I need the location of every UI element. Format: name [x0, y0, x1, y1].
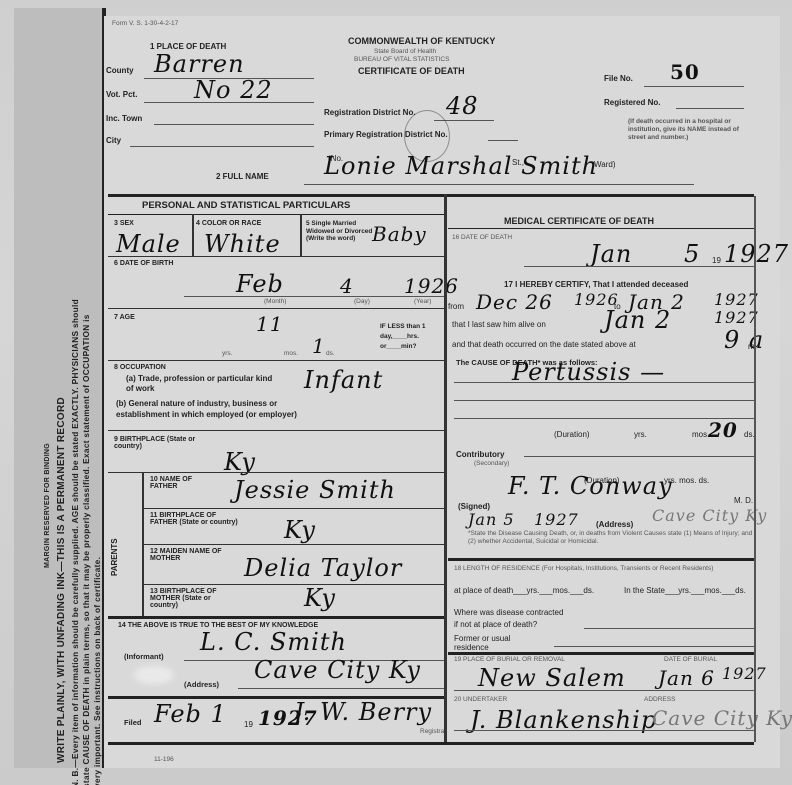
death-month: Jan — [590, 240, 632, 268]
personal-heading: PERSONAL AND STATISTICAL PARTICULARS — [142, 200, 350, 211]
md-label: M. D. — [734, 496, 753, 505]
last-saw-value: Jan 2 — [604, 306, 671, 334]
certify-text: 17 I HEREBY CERTIFY, That I attended dec… — [504, 280, 688, 289]
divider — [142, 584, 444, 585]
burial-place-value: New Salem — [478, 664, 626, 692]
divider — [192, 214, 194, 256]
mother-maiden-label: 12 MAIDEN NAME OF MOTHER — [150, 548, 230, 562]
signed-value: F. T. Conway — [508, 472, 673, 500]
personal-heading-rule — [108, 214, 444, 215]
burial-date-value: Jan 6 — [658, 666, 715, 690]
file-no-label: File No. — [604, 74, 633, 83]
race-value: White — [204, 230, 281, 258]
board-of-health: State Board of Health — [374, 48, 436, 55]
burial-date-label: DATE OF BURIAL — [664, 656, 717, 663]
dob-year-caption: (Year) — [414, 298, 431, 305]
age-days: 1 — [312, 334, 326, 358]
nb-instruction-line-1: N. B.—Every item of information should b… — [70, 299, 80, 785]
informant-address-label: (Address) — [184, 680, 219, 689]
divider — [108, 616, 444, 619]
informant-address-line — [238, 688, 444, 689]
mother-birthplace-label: 13 BIRTHPLACE OF MOTHER (State or countr… — [150, 588, 240, 609]
dob-line — [184, 296, 444, 297]
duration-label: (Duration) — [554, 430, 590, 439]
cause-line — [454, 400, 754, 401]
vot-pct-value: No 22 — [194, 76, 273, 104]
column-divider — [444, 194, 447, 742]
signed-address-label: (Address) — [596, 520, 633, 529]
divider — [300, 214, 302, 256]
residence-at-place: at place of death___yrs.___mos.___ds. — [454, 586, 614, 595]
divider — [448, 228, 754, 229]
file-no-value: 50 — [670, 60, 700, 84]
registration-district-label: Registration District No. — [324, 108, 416, 117]
last-saw-year: 1927 — [714, 308, 759, 327]
certificate-form: Form V. S. 1-30-4-2-17 COMMONWEALTH OF K… — [104, 16, 780, 768]
informant-address-value: Cave City Ky — [254, 656, 421, 684]
race-label: 4 COLOR OR RACE — [196, 220, 261, 227]
dob-label: 6 DATE OF BIRTH — [114, 260, 173, 267]
divider — [108, 430, 444, 431]
dob-day: 4 — [340, 274, 354, 298]
registrar-label: Registrar — [420, 728, 446, 735]
occupation-a-label: (a) Trade, profession or particular kind… — [126, 374, 276, 394]
death-date-line — [524, 266, 754, 267]
last-saw-label: that I last saw him alive on — [452, 320, 546, 329]
father-birthplace-value: Ky — [284, 516, 316, 544]
divider — [108, 742, 754, 745]
certificate-photo: MARGIN RESERVED FOR BINDING WRITE PLAINL… — [0, 0, 792, 785]
father-name-label: 10 NAME OF FATHER — [150, 476, 220, 490]
city-line — [130, 146, 314, 147]
signed-date: Jan 5 — [468, 510, 515, 529]
medical-heading: MEDICAL CERTIFICATE OF DEATH — [504, 216, 654, 226]
divider — [142, 544, 444, 545]
occurred-label: and that death occurred on the date stat… — [452, 340, 636, 349]
binding-margin: MARGIN RESERVED FOR BINDING WRITE PLAINL… — [14, 8, 106, 768]
nb-instruction-line-3: very important. See instructions on back… — [92, 557, 102, 785]
vot-pct-label: Vot. Pct. — [106, 90, 137, 99]
county-label: County — [106, 66, 134, 75]
if-less-label: IF LESS than 1 day,____hrs. or____min? — [380, 322, 442, 352]
filed-month-day: Feb 1 — [154, 700, 227, 728]
informant-label: (Informant) — [124, 652, 164, 661]
death-year: 1927 — [724, 240, 789, 268]
attended-to-year: 1927 — [714, 290, 759, 309]
residence-in-state: In the State___yrs.___mos.___ds. — [624, 586, 754, 595]
write-plainly-text: WRITE PLAINLY, WITH UNFADING INK—THIS IS… — [56, 397, 67, 763]
full-name-line — [304, 184, 694, 185]
nb-instruction-line-2: state CAUSE OF DEATH in plain terms, so … — [81, 314, 91, 785]
divider — [108, 472, 444, 473]
contributory-line — [524, 456, 754, 457]
signed-address-value: Cave City Ky — [652, 506, 767, 525]
parents-section-label: PARENTS — [110, 538, 119, 576]
divider — [448, 558, 754, 561]
cause-footnote: *State the Disease Causing Death, or, in… — [468, 530, 758, 546]
mother-maiden-value: Delia Taylor — [244, 554, 402, 582]
registrar-signature: J. W. Berry — [294, 698, 432, 726]
registration-district-value: 48 — [446, 92, 479, 120]
where-contracted-label: Where was disease contracted — [454, 608, 563, 617]
occupation-b-label: (b) General nature of industry, business… — [116, 398, 306, 420]
if-not-label: if not at place of death? — [454, 620, 537, 629]
margin-reserved-text: MARGIN RESERVED FOR BINDING — [44, 443, 51, 568]
dob-month-caption: (Month) — [264, 298, 286, 305]
dob-day-caption: (Day) — [354, 298, 370, 305]
residence-label: 18 LENGTH OF RESIDENCE (For Hospitals, I… — [454, 564, 750, 573]
occupation-value: Infant — [304, 366, 383, 394]
sex-label: 3 SEX — [114, 220, 134, 227]
county-value: Barren — [154, 50, 245, 78]
full-name-label: 2 FULL NAME — [216, 172, 269, 181]
city-label: City — [106, 136, 121, 145]
registered-no-label: Registered No. — [604, 98, 660, 107]
age-mos-caption: mos. — [284, 350, 298, 357]
divider — [142, 508, 444, 509]
burial-place-label: 19 PLACE OF BURIAL OR REMOVAL — [454, 656, 565, 663]
registered-no-line — [676, 108, 744, 109]
inc-town-line — [154, 124, 314, 125]
burial-line — [454, 690, 754, 691]
file-no-line — [644, 86, 744, 87]
filed-label: Filed — [124, 718, 142, 727]
duration-value: 20 — [708, 418, 738, 442]
dob-month: Feb — [236, 270, 284, 298]
contracted-line — [584, 628, 754, 629]
divider — [448, 652, 754, 655]
father-birthplace-label: 11 BIRTHPLACE OF FATHER (State or countr… — [150, 512, 240, 526]
rule-top — [108, 194, 754, 197]
mother-birthplace-value: Ky — [304, 584, 336, 612]
undertaker-label: 20 UNDERTAKER — [454, 696, 507, 703]
burial-date-year: 1927 — [722, 664, 767, 683]
occurred-time: 9 a — [724, 326, 764, 354]
birthplace-label: 9 BIRTHPLACE (State or country) — [114, 436, 224, 450]
secondary-label: (Secondary) — [474, 460, 509, 467]
paper-stain — [134, 666, 174, 684]
age-yrs-caption: yrs. — [222, 350, 232, 357]
from-label: from — [448, 302, 464, 311]
dob-year: 1926 — [404, 274, 459, 298]
age-ds-caption: ds. — [326, 350, 335, 357]
filed-year-prefix: 19 — [244, 720, 253, 729]
death-day: 5 — [684, 240, 700, 268]
bureau-vital-statistics: BUREAU OF VITAL STATISTICS — [354, 56, 449, 63]
certificate-title: CERTIFICATE OF DEATH — [358, 66, 465, 76]
signed-year: 1927 — [534, 510, 579, 529]
inc-town-label: Inc. Town — [106, 114, 142, 123]
former-residence-line — [554, 646, 754, 647]
informant-value: L. C. Smith — [200, 628, 347, 656]
undertaker-address-label: ADDRESS — [644, 696, 675, 703]
undertaker-line — [454, 730, 754, 731]
divider — [108, 256, 444, 257]
marital-value: Baby — [372, 222, 427, 246]
commonwealth-heading: COMMONWEALTH OF KENTUCKY — [348, 36, 495, 46]
attended-from: Dec 26 — [476, 290, 553, 314]
duration-mos-label: mos. — [692, 430, 709, 439]
age-months: 11 — [256, 312, 283, 336]
duration-yrs: yrs. — [634, 430, 647, 439]
death-year-prefix: 19 — [712, 256, 721, 265]
vot-pct-line — [144, 102, 314, 103]
divider — [108, 360, 444, 361]
former-residence-label: Former or usual residence — [454, 634, 544, 652]
occupation-label: 8 OCCUPATION — [114, 364, 304, 371]
right-border — [754, 196, 756, 742]
contributory-label: Contributory — [456, 450, 504, 459]
primary-registration-line — [488, 140, 518, 141]
age-label: 7 AGE — [114, 314, 135, 321]
full-name-value: Lonie Marshal Smith — [324, 152, 598, 180]
footer-code: 11-196 — [154, 756, 174, 763]
form-number: Form V. S. 1-30-4-2-17 — [112, 20, 178, 27]
hospital-note: (If death occurred in a hospital or inst… — [628, 118, 744, 142]
divider — [108, 308, 444, 309]
father-name-value: Jessie Smith — [234, 476, 396, 504]
cause-line — [454, 382, 754, 383]
sex-value: Male — [116, 230, 181, 258]
date-of-death-label: 16 DATE OF DEATH — [452, 234, 512, 241]
undertaker-address-value: Cave City Ky — [652, 706, 792, 730]
